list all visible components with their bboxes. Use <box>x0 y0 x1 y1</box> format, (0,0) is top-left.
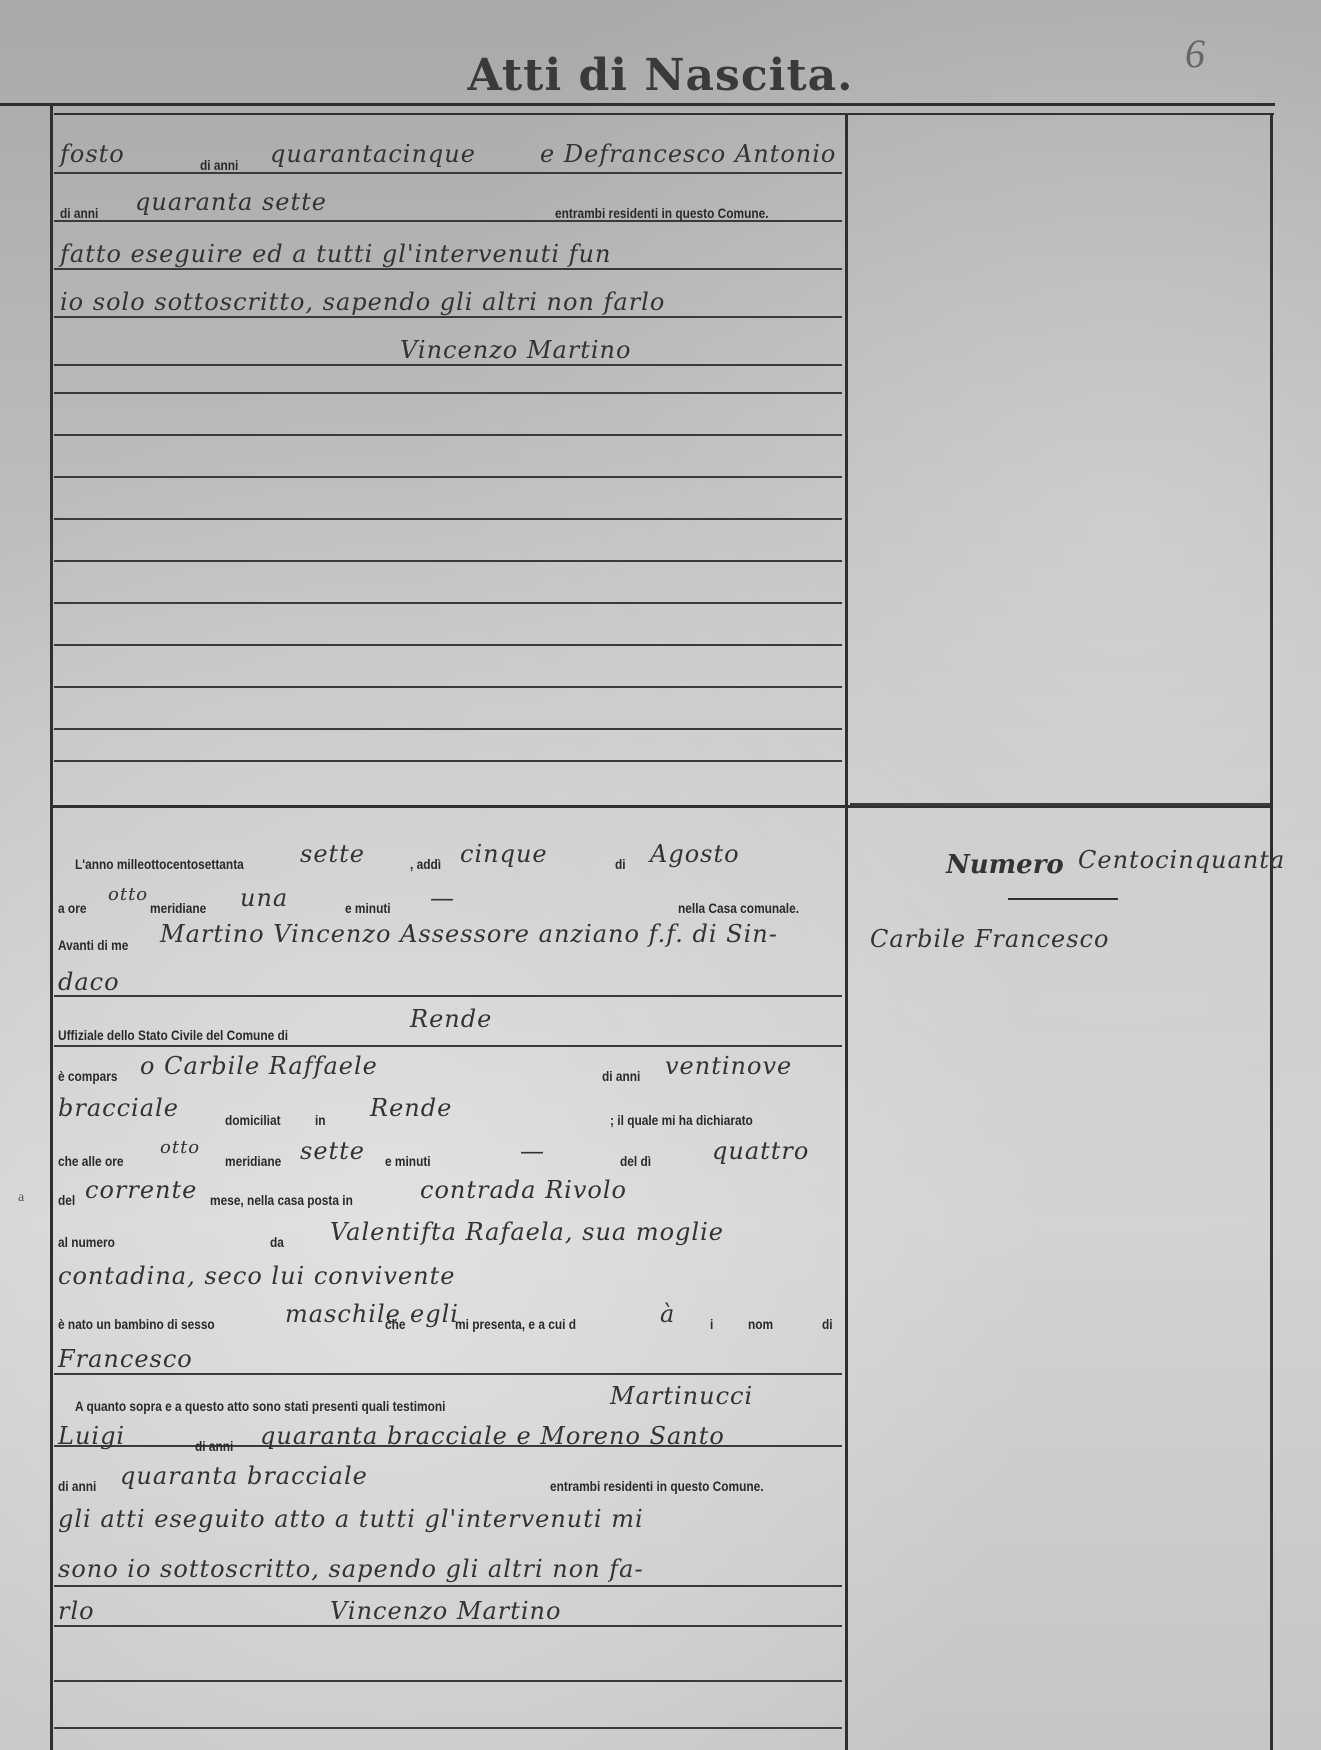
hw-day: cinque <box>460 840 548 868</box>
label: è compars <box>58 1068 118 1084</box>
hw-officer: Martino Vincenzo Assessore anziano f.f. … <box>160 920 778 948</box>
label: nom <box>748 1316 773 1332</box>
margin-mark: a <box>18 1190 24 1206</box>
hw-birth-minutes: — <box>520 1137 545 1165</box>
signature: Vincenzo Martino <box>400 336 631 364</box>
hw-witness1-cont: Luigi <box>58 1422 125 1450</box>
numero-value: Centocinquanta <box>1078 846 1285 874</box>
label: del <box>58 1192 75 1208</box>
rule <box>54 1680 842 1682</box>
rule <box>54 760 842 762</box>
column-divider <box>845 113 848 1750</box>
hw-field: quaranta sette <box>135 188 327 216</box>
label: di anni <box>200 157 238 173</box>
child-name-margin: Carbile Francesco <box>870 925 1109 953</box>
hw-presenter: egli <box>410 1300 459 1328</box>
hw-officer-cont: daco <box>58 968 120 996</box>
rule <box>54 728 842 730</box>
hw-minutes: — <box>430 884 455 912</box>
label: che <box>385 1316 406 1332</box>
hw-profession: bracciale <box>58 1094 179 1122</box>
hw-witness1: Martinucci <box>610 1382 753 1410</box>
hw-field: quarantacinque <box>270 140 476 168</box>
document-title: Atti di Nascita. <box>0 50 1321 101</box>
rule <box>54 1727 842 1729</box>
rule <box>54 686 842 688</box>
hw-child-name: Francesco <box>58 1345 193 1373</box>
label: e minuti <box>345 900 391 916</box>
hw-d: à <box>660 1300 675 1328</box>
label: da <box>270 1234 284 1250</box>
label: A quanto sopra e a questo atto sono stat… <box>75 1398 445 1414</box>
hw-birth-hour: otto <box>160 1137 200 1158</box>
label: ; il quale mi ha dichiarato <box>610 1112 753 1128</box>
label: in <box>315 1112 326 1128</box>
rule <box>54 268 842 270</box>
label: e minuti <box>385 1153 431 1169</box>
label: del dì <box>620 1153 651 1169</box>
hw-mother-cont: contadina, seco lui convivente <box>58 1262 456 1290</box>
label: mi presenta, e a cui d <box>455 1316 576 1332</box>
label: Uffiziale dello Stato Civile del Comune … <box>58 1027 288 1043</box>
numero-underline <box>1008 898 1118 900</box>
hw-month: Agosto <box>650 840 740 868</box>
hw-closing-cont: sono io sottoscritto, sapendo gli altri … <box>58 1555 644 1583</box>
left-border <box>50 103 53 1750</box>
label: al numero <box>58 1234 115 1250</box>
hw-field: fatto eseguire ed a tutti gl'intervenuti… <box>60 240 611 268</box>
rule <box>54 434 842 436</box>
hw-declarant: o Carbile Raffaele <box>140 1052 378 1080</box>
hw-mother: Valentifta Rafaela, sua moglie <box>330 1218 724 1246</box>
page-corner-mark: 6 <box>1185 30 1205 77</box>
rule <box>54 316 842 318</box>
label: è nato un bambino di sesso <box>58 1316 215 1332</box>
rule <box>54 644 842 646</box>
label: entrambi residenti in questo Comune. <box>555 205 769 221</box>
rule <box>54 1045 842 1047</box>
hw-birth-month: corrente <box>85 1176 197 1204</box>
hw-comune: Rende <box>410 1005 492 1033</box>
label: meridiane <box>225 1153 281 1169</box>
label: , addì <box>410 856 441 872</box>
hw-field: e Defrancesco Antonio <box>540 140 836 168</box>
numero-label: Numero <box>946 850 1064 880</box>
hw-hour: otto <box>108 884 148 905</box>
hw-birth-place: contrada Rivolo <box>420 1176 627 1204</box>
label: meridiane <box>150 900 206 916</box>
rule <box>54 172 842 174</box>
document-page: Atti di Nascita. 6 fosto di anni quarant… <box>0 0 1321 1750</box>
officer-signature: Vincenzo Martino <box>330 1597 561 1625</box>
label: domiciliat <box>225 1112 281 1128</box>
hw-closing: gli atti eseguito atto a tutti gl'interv… <box>58 1505 644 1533</box>
label: di anni <box>602 1068 640 1084</box>
label: che alle ore <box>58 1153 123 1169</box>
hw-closing-end: rlo <box>58 1597 95 1625</box>
label: L'anno milleottocentosettanta <box>75 856 244 872</box>
rule <box>54 1373 842 1375</box>
hw-meridian: una <box>240 884 288 912</box>
rule <box>54 602 842 604</box>
hw-sex: maschile <box>285 1300 401 1328</box>
rule <box>54 392 842 394</box>
label: di <box>615 856 626 872</box>
top-border-inner <box>54 113 1274 115</box>
label: di anni <box>58 1478 96 1494</box>
label: nella Casa comunale. <box>678 900 799 916</box>
hw-birth-meridian: sette <box>300 1137 365 1165</box>
hw-field: fosto <box>60 140 125 168</box>
label: Avanti di me <box>58 937 128 953</box>
top-border <box>0 103 1275 106</box>
rule <box>54 476 842 478</box>
rule <box>54 995 842 997</box>
rule <box>54 364 842 366</box>
rule <box>54 518 842 520</box>
hw-age: ventinove <box>665 1052 792 1080</box>
label: entrambi residenti in questo Comune. <box>550 1478 764 1494</box>
hw-field: io solo sottoscritto, sapendo gli altri … <box>60 288 665 316</box>
label: di anni <box>60 205 98 221</box>
rule <box>54 1585 842 1587</box>
hw-year: sette <box>300 840 365 868</box>
label: i <box>710 1316 713 1332</box>
label: di anni <box>195 1438 233 1454</box>
hw-birth-day: quattro <box>712 1137 809 1165</box>
hw-witness2-age: quaranta bracciale <box>120 1462 368 1490</box>
label: a ore <box>58 900 86 916</box>
hw-witness-ages: quaranta bracciale e Moreno Santo <box>260 1422 725 1450</box>
label: di <box>822 1316 833 1332</box>
hw-domicile: Rende <box>370 1094 452 1122</box>
rule <box>54 1625 842 1627</box>
right-rule <box>850 803 1270 806</box>
label: mese, nella casa posta in <box>210 1192 353 1208</box>
right-border <box>1270 113 1273 1750</box>
rule <box>54 560 842 562</box>
